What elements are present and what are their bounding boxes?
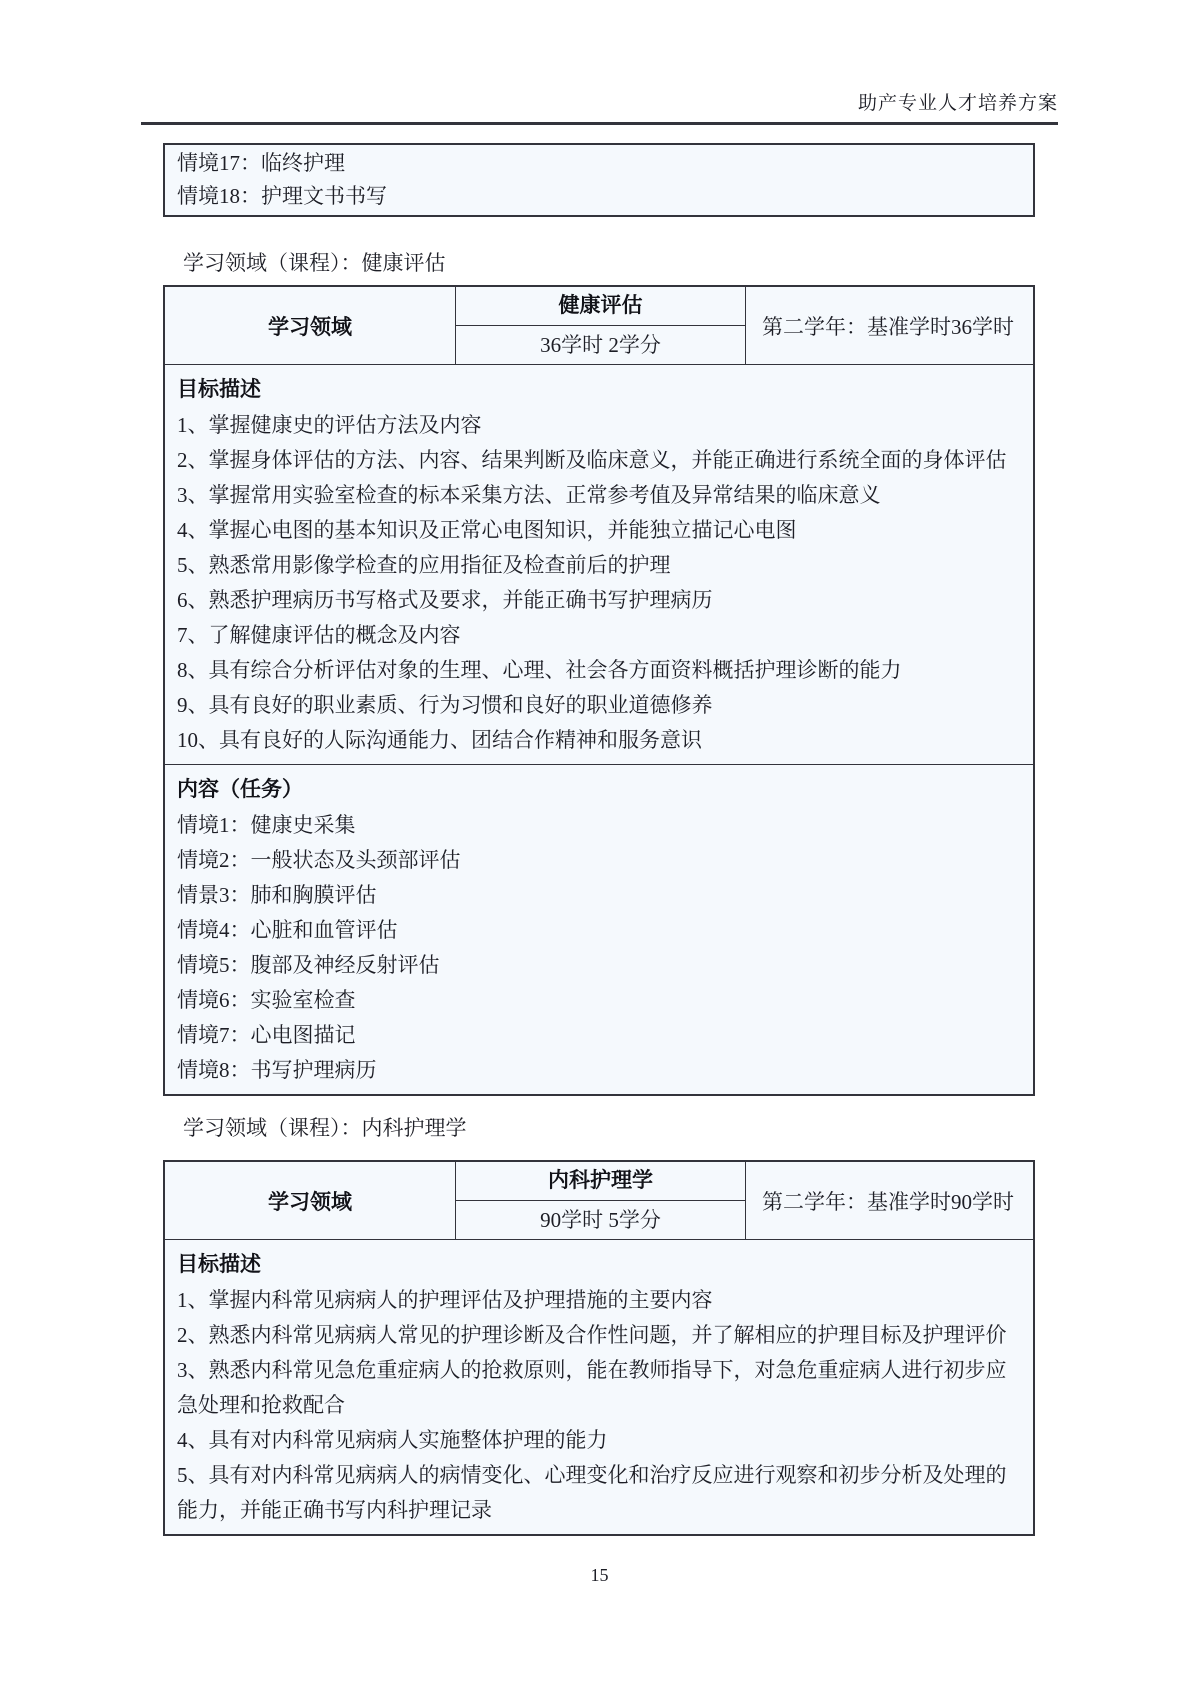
objective-item: 4、掌握心电图的基本知识及正常心电图知识，并能独立描记心电图 [177,513,1021,548]
course-name-hours-cell: 健康评估 36学时 2学分 [456,287,746,364]
course-name-hours-cell: 内科护理学 90学时 5学分 [456,1162,746,1239]
course-hours-credits: 36学时 2学分 [456,326,745,364]
scenario-row: 情境17：临终护理 [177,147,1021,180]
page-header-title: 助产专业人才培养方案 [858,88,1058,115]
continuation-table: 情境17：临终护理情境18：护理文书书写 [163,143,1035,217]
content-tasks-cell: 内容（任务） 情境1：健康史采集情境2：一般状态及头颈部评估情景3：肺和胸膜评估… [165,765,1033,1094]
domain-label-cell: 学习领域 [165,287,456,364]
objective-item: 7、了解健康评估的概念及内容 [177,618,1021,653]
objective-item: 8、具有综合分析评估对象的生理、心理、社会各方面资料概括护理诊断的能力 [177,653,1021,688]
objectives-title: 目标描述 [177,1247,1021,1283]
course-name: 健康评估 [456,287,745,326]
objectives-title: 目标描述 [177,372,1021,408]
scenario-item: 情境7：心电图描记 [177,1018,1021,1053]
objective-item: 3、掌握常用实验室检查的标本采集方法、正常参考值及异常结果的临床意义 [177,478,1021,513]
scenario-item: 情境6：实验室检查 [177,983,1021,1018]
content-tasks-title: 内容（任务） [177,772,1021,808]
document-page: 助产专业人才培养方案 情境17：临终护理情境18：护理文书书写 学习领域（课程）… [0,0,1199,1696]
section2-course-intro: 学习领域（课程）：内科护理学 [183,1112,467,1142]
objectives-list: 1、掌握健康史的评估方法及内容2、掌握身体评估的方法、内容、结果判断及临床意义，… [177,408,1021,758]
objective-item: 1、掌握健康史的评估方法及内容 [177,408,1021,443]
objectives-cell: 目标描述 1、掌握健康史的评估方法及内容2、掌握身体评估的方法、内容、结果判断及… [165,365,1033,765]
domain-label-cell: 学习领域 [165,1162,456,1239]
objective-item: 5、具有对内科常见病病人的病情变化、心理变化和治疗反应进行观察和初步分析及处理的… [177,1458,1021,1528]
objective-item: 4、具有对内科常见病病人实施整体护理的能力 [177,1423,1021,1458]
page-number: 15 [0,1565,1199,1586]
section1-course-intro: 学习领域（课程）：健康评估 [183,247,446,277]
scenario-item: 情境4：心脏和血管评估 [177,913,1021,948]
objective-item: 2、掌握身体评估的方法、内容、结果判断及临床意义，并能正确进行系统全面的身体评估 [177,443,1021,478]
course-table-internal-medicine-nursing: 学习领域 内科护理学 90学时 5学分 第二学年：基准学时90学时 目标描述 1… [163,1160,1035,1536]
scenario-item: 情境2：一般状态及头颈部评估 [177,843,1021,878]
objectives-list: 1、掌握内科常见病病人的护理评估及护理措施的主要内容2、熟悉内科常见病病人常见的… [177,1283,1021,1528]
course-year-cell: 第二学年：基准学时90学时 [746,1162,1033,1239]
objectives-cell: 目标描述 1、掌握内科常见病病人的护理评估及护理措施的主要内容2、熟悉内科常见病… [165,1240,1033,1534]
scenario-item: 情境5：腹部及神经反射评估 [177,948,1021,983]
objective-item: 6、熟悉护理病历书写格式及要求，并能正确书写护理病历 [177,583,1021,618]
course-table-header: 学习领域 健康评估 36学时 2学分 第二学年：基准学时36学时 [165,287,1033,365]
objective-item: 5、熟悉常用影像学检查的应用指征及检查前后的护理 [177,548,1021,583]
course-table-health-assessment: 学习领域 健康评估 36学时 2学分 第二学年：基准学时36学时 目标描述 1、… [163,285,1035,1096]
objective-item: 3、熟悉内科常见急危重症病人的抢救原则，能在教师指导下，对急危重症病人进行初步应… [177,1353,1021,1423]
header-divider [141,122,1058,125]
course-table-header: 学习领域 内科护理学 90学时 5学分 第二学年：基准学时90学时 [165,1162,1033,1240]
objective-item: 10、具有良好的人际沟通能力、团结合作精神和服务意识 [177,723,1021,758]
course-hours-credits: 90学时 5学分 [456,1201,745,1239]
scenario-row: 情境18：护理文书书写 [177,180,1021,213]
scenario-item: 情境1：健康史采集 [177,808,1021,843]
scenario-item: 情景3：肺和胸膜评估 [177,878,1021,913]
objective-item: 1、掌握内科常见病病人的护理评估及护理措施的主要内容 [177,1283,1021,1318]
course-year-cell: 第二学年：基准学时36学时 [746,287,1033,364]
objective-item: 2、熟悉内科常见病病人常见的护理诊断及合作性问题，并了解相应的护理目标及护理评价 [177,1318,1021,1353]
scenario-item: 情境8：书写护理病历 [177,1053,1021,1088]
objective-item: 9、具有良好的职业素质、行为习惯和良好的职业道德修养 [177,688,1021,723]
course-name: 内科护理学 [456,1162,745,1201]
content-tasks-list: 情境1：健康史采集情境2：一般状态及头颈部评估情景3：肺和胸膜评估情境4：心脏和… [177,808,1021,1088]
